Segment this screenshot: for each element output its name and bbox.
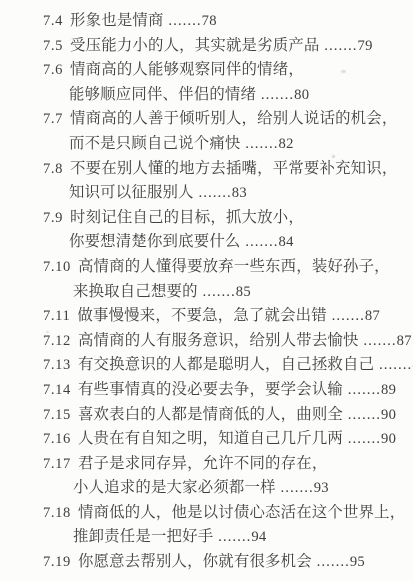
section-number: 7.10 <box>43 255 71 280</box>
toc-entry-line: 7.8不要在别人懂的地方去插嘴，平常要补充知识， <box>43 157 413 182</box>
page-number: 93 <box>314 480 329 496</box>
entry-title-text: 受压能力小的人，其实就是劣质产品 <box>70 37 319 54</box>
dot-leader: ....... <box>359 333 397 349</box>
page-number: 94 <box>251 529 266 545</box>
dot-leader: ....... <box>194 185 232 201</box>
toc-entry-continuation-line: 来换取自己想要的 .......85 <box>43 280 413 305</box>
page-number: 78 <box>202 13 217 29</box>
toc-entry-line: 7.17君子是求同存异，允许不同的存在， <box>43 452 413 477</box>
entry-title-text: 高情商的人有服务意识，给别人带去愉快 <box>78 332 359 349</box>
dot-leader: ....... <box>343 407 381 423</box>
page-number: 95 <box>350 554 365 570</box>
dot-leader: ....... <box>241 136 279 152</box>
entry-title-text: 君子是求同存异，允许不同的存在， <box>78 455 327 472</box>
page-number: 82 <box>279 136 294 152</box>
toc-entry-line: 7.11做事慢慢来，不要急，急了就会出错 .......87 <box>43 304 413 329</box>
entry-title-text: 能够顺应同伴、伴侣的情绪 <box>69 86 256 103</box>
page-number: 90 <box>381 431 396 447</box>
page-number: 85 <box>236 284 251 300</box>
toc-entry-continuation-line: 知识可以征服别人 .......83 <box>43 181 413 206</box>
section-number: 7.13 <box>43 353 71 378</box>
toc-entry-line: 7.12高情商的人有服务意识，给别人带去愉快 .......87 <box>43 329 413 354</box>
entry-title-text: 喜欢表白的人都是情商低的人，曲则全 <box>78 406 343 423</box>
page-number: 80 <box>294 87 309 103</box>
section-number: 7.6 <box>43 58 63 83</box>
toc-entry-continuation-line: 而不是只顾自己说个痛快 .......82 <box>43 132 413 157</box>
toc-entry-continuation-line: 推卸责任是一把好手 .......94 <box>43 525 413 550</box>
dot-leader: ....... <box>374 357 412 373</box>
toc-entry-line: 7.4形象也是情商 .......78 <box>43 9 413 34</box>
page-number: 79 <box>358 38 373 54</box>
toc-entry-continuation-line: 能够顺应同伴、伴侣的情绪 .......80 <box>43 83 413 108</box>
entry-title-text: 推卸责任是一把好手 <box>73 528 213 545</box>
dot-leader: ....... <box>343 431 381 447</box>
entry-title-text: 形象也是情商 <box>70 12 164 29</box>
scan-speck <box>341 70 346 73</box>
section-number: 7.8 <box>43 157 63 182</box>
page-number: 83 <box>232 185 247 201</box>
entry-title-text: 你愿意去帮别人，你就有很多机会 <box>78 553 312 570</box>
entry-title-text: 知识可以征服别人 <box>69 184 194 201</box>
page-number: 90 <box>381 407 396 423</box>
section-number: 7.7 <box>43 107 63 132</box>
dot-leader: ....... <box>343 382 381 398</box>
toc-entry-line: 7.16人贵在有自知之明，知道自己几斤几两 .......90 <box>43 427 413 452</box>
section-number: 7.17 <box>43 452 71 477</box>
section-number: 7.19 <box>43 550 71 575</box>
entry-title-text: 有些事情真的没必要去争，要学会认输 <box>78 381 343 398</box>
section-number: 7.16 <box>43 427 71 452</box>
dot-leader: ....... <box>320 38 358 54</box>
page-number: 84 <box>279 234 294 250</box>
scan-speck <box>46 331 49 333</box>
entry-title-text: 你要想清楚你到底要什么 <box>69 233 241 250</box>
toc-entry-line: 7.14有些事情真的没必要去争，要学会认输 .......89 <box>43 378 413 403</box>
toc-entry-continuation-line: 你要想清楚你到底要什么 .......84 <box>43 230 413 255</box>
dot-leader: ....... <box>164 13 202 29</box>
entry-title-text: 情商高的人善于倾听别人，给别人说话的机会， <box>70 110 397 127</box>
toc-entry-line: 7.19你愿意去帮别人，你就有很多机会 .......95 <box>43 550 413 575</box>
dot-leader: ....... <box>198 284 236 300</box>
toc-entries: 7.4形象也是情商 .......787.5受压能力小的人，其实就是劣质产品 .… <box>0 0 413 575</box>
entry-title-text: 情商高的人能够观察同伴的情绪， <box>70 61 304 78</box>
toc-entry-line: 7.15喜欢表白的人都是情商低的人，曲则全 .......90 <box>43 403 413 428</box>
section-number: 7.15 <box>43 403 71 428</box>
dot-leader: ....... <box>241 234 279 250</box>
entry-title-text: 有交换意识的人都是聪明人，自己拯救自己 <box>78 356 374 373</box>
entry-title-text: 人贵在有自知之明，知道自己几斤几两 <box>78 430 343 447</box>
entry-title-text: 时刻记住自己的目标，抓大放小， <box>70 209 304 226</box>
entry-title-text: 做事慢慢来，不要急，急了就会出错 <box>77 307 326 324</box>
dot-leader: ....... <box>256 87 294 103</box>
book-toc-page: 7.4形象也是情商 .......787.5受压能力小的人，其实就是劣质产品 .… <box>0 0 413 581</box>
entry-title-text: 小人追求的是大家必须都一样 <box>73 479 276 496</box>
toc-entry-line: 7.6情商高的人能够观察同伴的情绪， <box>43 58 413 83</box>
dot-leader: ....... <box>327 308 365 324</box>
dot-leader: ....... <box>276 480 314 496</box>
page-number: 89 <box>381 382 396 398</box>
section-number: 7.14 <box>43 378 71 403</box>
section-number: 7.11 <box>43 304 70 329</box>
entry-title-text: 高情商的人懂得要放弃一些东西，装好孙子， <box>78 258 390 275</box>
scan-speck <box>332 155 335 158</box>
entry-title-text: 来换取自己想要的 <box>73 283 198 300</box>
toc-entry-line: 7.7情商高的人善于倾听别人，给别人说话的机会， <box>43 107 413 132</box>
toc-entry-line: 7.10高情商的人懂得要放弃一些东西，装好孙子， <box>43 255 413 280</box>
dot-leader: ....... <box>213 529 251 545</box>
section-number: 7.9 <box>43 206 63 231</box>
toc-entry-line: 7.13有交换意识的人都是聪明人，自己拯救自己 .......89 <box>43 353 413 378</box>
toc-entry-line: 7.18情商低的人，他是以讨债心态活在这个世界上， <box>43 501 413 526</box>
page-number: 87 <box>365 308 380 324</box>
section-number: 7.5 <box>43 34 63 59</box>
section-number: 7.18 <box>43 501 71 526</box>
entry-title-text: 不要在别人懂的地方去插嘴，平常要补充知识， <box>70 160 397 177</box>
toc-entry-line: 7.5受压能力小的人，其实就是劣质产品 .......79 <box>43 34 413 59</box>
dot-leader: ....... <box>312 554 350 570</box>
toc-entry-continuation-line: 小人追求的是大家必须都一样 .......93 <box>43 476 413 501</box>
entry-title-text: 而不是只顾自己说个痛快 <box>69 135 241 152</box>
page-number: 87 <box>397 333 412 349</box>
toc-entry-line: 7.9时刻记住自己的目标，抓大放小， <box>43 206 413 231</box>
section-number: 7.4 <box>43 9 63 34</box>
entry-title-text: 情商低的人，他是以讨债心态活在这个世界上， <box>78 504 405 521</box>
